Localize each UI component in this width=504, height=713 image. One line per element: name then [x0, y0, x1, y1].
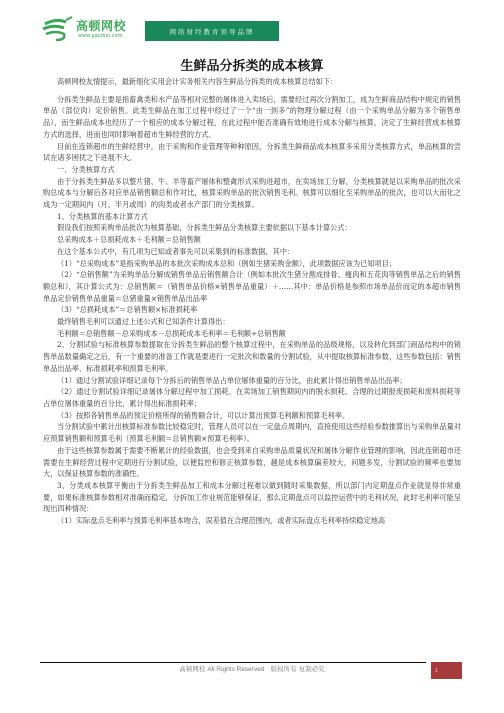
footer-rights: All Rights Reserved	[207, 666, 264, 673]
list-item: （2）“总销售额”为采购单品分解成销售单品后销售额合计（例如本批次生猪分割成排骨…	[43, 269, 461, 304]
list-item: （3）按照各销售单品的预定价格所得的销售额合计，可以计算出预算毛利额和预算毛利率…	[43, 410, 461, 422]
paragraph: 2、分割试验与标准核算参数提取在分拆类生鲜品的整个核算过程中，在采购单品的品级规…	[43, 339, 461, 374]
paragraph: 目前在连锁超市的生鲜经营中，由于采购和作业管理等种种原因，分拆类生鲜商品成本核算…	[43, 141, 461, 164]
formula: 总采购成本＋总损耗成本＋毛利额＝总销售额	[43, 234, 461, 246]
list-item: （3）“总损耗成本”＝总销售额×标准损耗率	[43, 304, 461, 316]
lead-paragraph: 高顿网校友情提示，最新细化实用会计实务相关内容生鲜品分拆类的成本核算总结如下：	[43, 76, 461, 88]
gaodun-logo: 高顿网校 www.gaodun.com	[40, 14, 140, 44]
list-item: （2）通过分割试验详细记录屠体分解过程中加工损耗、在卖场加工销售期间内的脱水损耗…	[43, 386, 461, 409]
logo-brand-name: 高顿网校	[76, 17, 126, 34]
logo-swoosh-icon	[42, 16, 74, 42]
logo-url: www.gaodun.com	[78, 33, 122, 39]
page-number: 1	[435, 668, 438, 674]
paragraph: 由于这些核算参数属于需要不断累计的经验数据，也会受到来自采购单品质量状况和屠体分…	[43, 445, 461, 480]
document-body: 高顿网校友情提示，最新细化实用会计实务相关内容生鲜品分拆类的成本核算总结如下： …	[43, 76, 461, 527]
footer-copyright: 高顿网校 All Rights Reserved 版权所有 复制必究	[0, 664, 504, 673]
document-header: 高顿网校 www.gaodun.com 网络财经教育领导品牌	[40, 14, 460, 44]
list-item: （1）通过分割试验详细记录每个分拆后的销售单品占单位屠体重量的百分比，由此累计得…	[43, 375, 461, 387]
document-title: 生鲜品分拆类的成本核算	[0, 55, 504, 74]
paragraph: 3、分类成本核算平衡由于分拆类生鲜品加工和成本分解过程难以做到随时采集数据，所以…	[43, 480, 461, 515]
paragraph: 由于分拆类生鲜品多以整片猪、牛、羊等畜产屠体和整禽形式采购进超市，在卖场加工分解…	[43, 176, 461, 211]
paragraph: 假设我们按照采购单品批次为核算基础，分拆类生鲜品分类核算主要依据以下基本计算公式…	[43, 222, 461, 234]
footer-brand: 高顿网校	[179, 665, 205, 673]
footer-divider	[40, 662, 426, 663]
paragraph: 在这个基本公式中，有几项为已知或者事先可以采集到的标准数据，其中：	[43, 246, 461, 258]
formula: 毛利额＝总销售额－总采购成本－总损耗成本毛利率＝毛利额÷总销售额	[43, 328, 461, 340]
page-number-badge: 1	[431, 662, 462, 679]
paragraph: 分拆类生鲜品主要是指畜禽类和水产品等相对完整的屠体进入卖场后，需要经过再次分割加…	[43, 94, 461, 141]
list-item: （1）实际盘点毛利率与预算毛利率基本吻合，误差值在合理范围内，或者实际盘点毛利率…	[43, 515, 461, 527]
paragraph: 当分割试验中累计出核算标准参数比较稳定时，管理人员可以在一定盘点周期内，直接使用…	[43, 421, 461, 444]
subsection-heading: 1、分类核算的基本计算方式	[43, 211, 461, 223]
section-heading: 一、分类核算方式	[43, 164, 461, 176]
list-item: （1）“总采购成本”是指采购单品的本批次采购成本总和（例如生猪采购金额），此项数…	[43, 258, 461, 270]
paragraph: 最终销售毛利可以通过上述公式和已知条件计算得出：	[43, 316, 461, 328]
footer-copyright-cn: 版权所有 复制必究	[271, 665, 325, 673]
slogan-banner: 网络财经教育领导品牌	[145, 21, 279, 41]
